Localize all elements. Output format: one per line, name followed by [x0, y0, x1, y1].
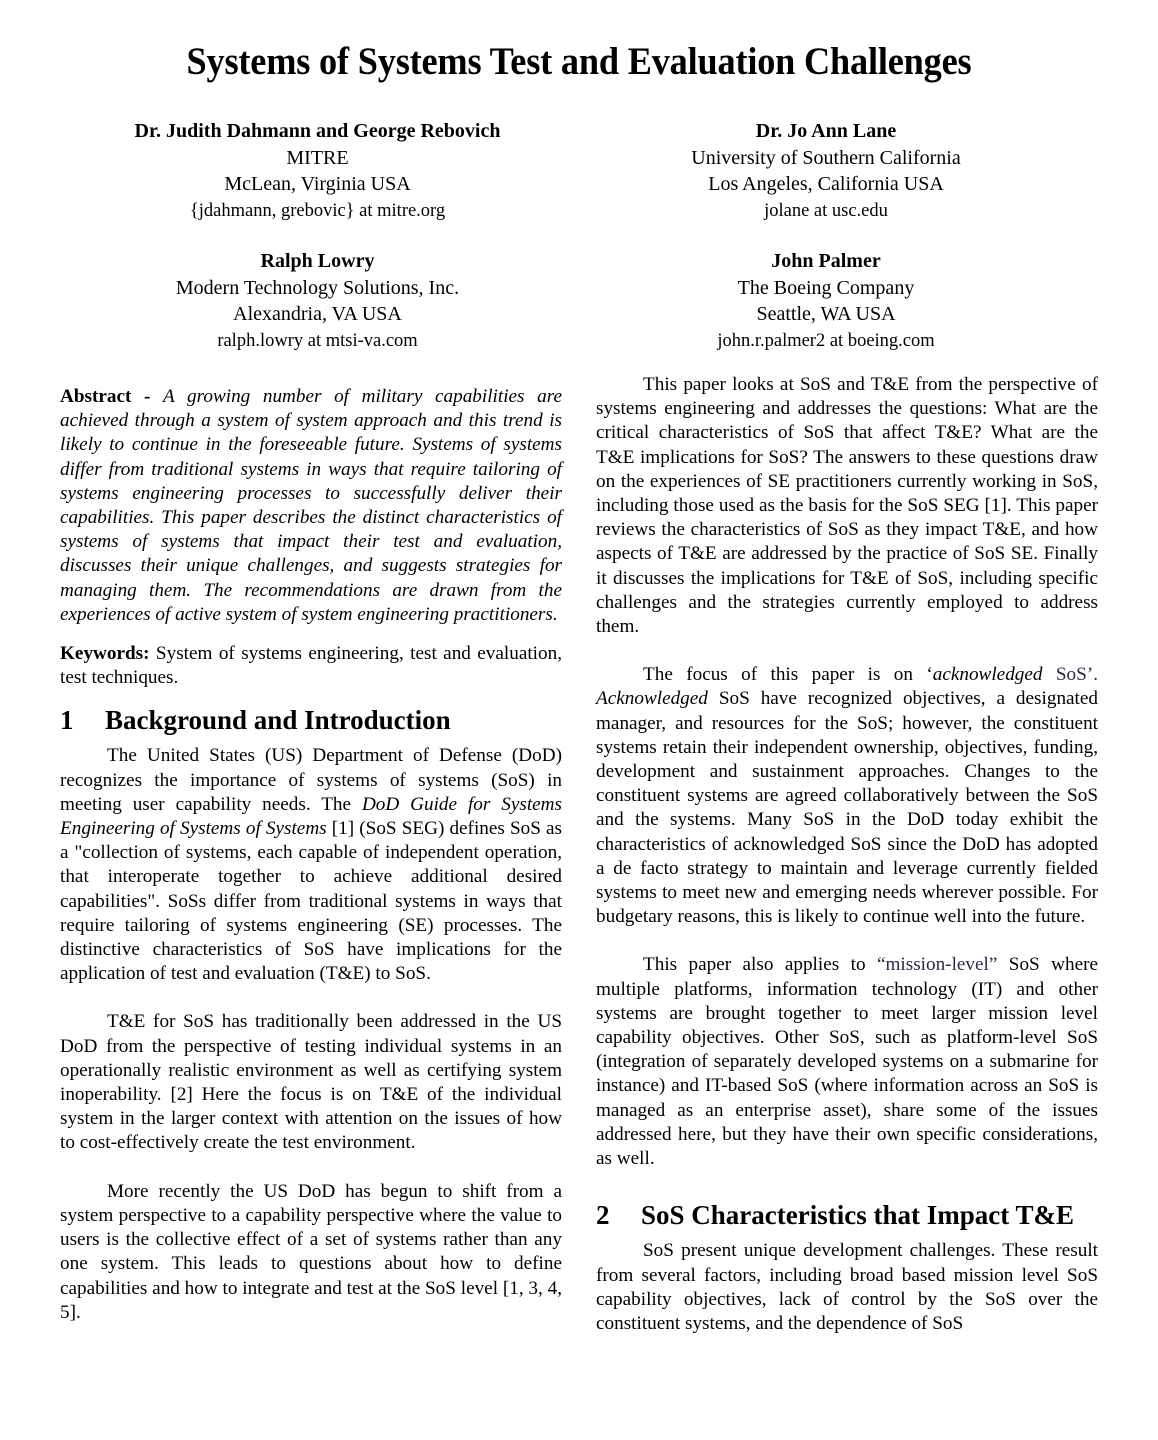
paragraph-text: SoS where multiple platforms, informatio… [596, 954, 1098, 1169]
left-column: Abstract - A growing number of military … [60, 385, 562, 1325]
paragraph-text: This paper also applies to [643, 954, 877, 975]
paragraph: SoS present unique development challenge… [596, 1239, 1098, 1336]
section-number: 2 [596, 1199, 641, 1231]
paragraph: This paper also applies to “mission-leve… [596, 953, 1098, 1171]
keywords: Keywords: System of systems engineering,… [60, 642, 562, 690]
emphasis-text: Acknowledged [596, 688, 708, 709]
paragraph: This paper looks at SoS and T&E from the… [596, 373, 1098, 639]
author-location: Alexandria, VA USA [60, 301, 575, 328]
paragraph-text: The focus of this paper is on ‘ [643, 664, 933, 685]
paragraph: The focus of this paper is on ‘acknowled… [596, 663, 1098, 929]
paragraph: More recently the US DoD has begun to sh… [60, 1180, 562, 1325]
abstract-label: Abstract - [60, 386, 163, 407]
section-heading-2: 2SoS Characteristics that Impact T&E [596, 1199, 1098, 1231]
author-affiliation: MITRE [60, 145, 575, 172]
abstract: Abstract - A growing number of military … [60, 385, 562, 627]
paper-title: Systems of Systems Test and Evaluation C… [41, 38, 1118, 86]
author-affiliation: University of Southern California [596, 145, 1056, 172]
author-name: Dr. Judith Dahmann and George Rebovich [60, 118, 575, 145]
paragraph: The United States (US) Department of Def… [60, 744, 562, 986]
author-name: Dr. Jo Ann Lane [596, 118, 1056, 145]
author-email: {jdahmann, grebovic} at mitre.org [60, 198, 575, 225]
author-affiliation: Modern Technology Solutions, Inc. [60, 275, 575, 302]
section-title: SoS Characteristics that Impact T&E [641, 1200, 1074, 1230]
paragraph-text: [1] (SoS SEG) defines SoS as a "collecti… [60, 818, 562, 984]
author-location: Los Angeles, California USA [596, 171, 1056, 198]
section-number: 1 [60, 704, 105, 736]
section-title: Background and Introduction [105, 705, 451, 735]
paragraph-text: SoS’. [1043, 664, 1099, 685]
section-heading-1: 1Background and Introduction [60, 704, 562, 736]
author-location: Seattle, WA USA [596, 301, 1056, 328]
author-block-palmer: John Palmer The Boeing Company Seattle, … [596, 248, 1056, 354]
author-name: Ralph Lowry [60, 248, 575, 275]
author-email: john.r.palmer2 at boeing.com [596, 328, 1056, 355]
abstract-text: A growing number of military capabilitie… [60, 386, 562, 625]
paragraph: T&E for SoS has traditionally been addre… [60, 1010, 562, 1155]
author-location: McLean, Virginia USA [60, 171, 575, 198]
author-email: ralph.lowry at mtsi-va.com [60, 328, 575, 355]
author-affiliation: The Boeing Company [596, 275, 1056, 302]
author-block-lane: Dr. Jo Ann Lane University of Southern C… [596, 118, 1056, 224]
author-block-dahmann-rebovich: Dr. Judith Dahmann and George Rebovich M… [60, 118, 575, 224]
right-column: This paper looks at SoS and T&E from the… [596, 373, 1098, 1336]
author-email: jolane at usc.edu [596, 198, 1056, 225]
emphasis-text: acknowledged [933, 664, 1043, 685]
quoted-term: “mission-level” [877, 954, 997, 975]
author-block-lowry: Ralph Lowry Modern Technology Solutions,… [60, 248, 575, 354]
paragraph-text: SoS have recognized objectives, a design… [596, 688, 1098, 927]
author-name: John Palmer [596, 248, 1056, 275]
keywords-label: Keywords: [60, 643, 150, 664]
